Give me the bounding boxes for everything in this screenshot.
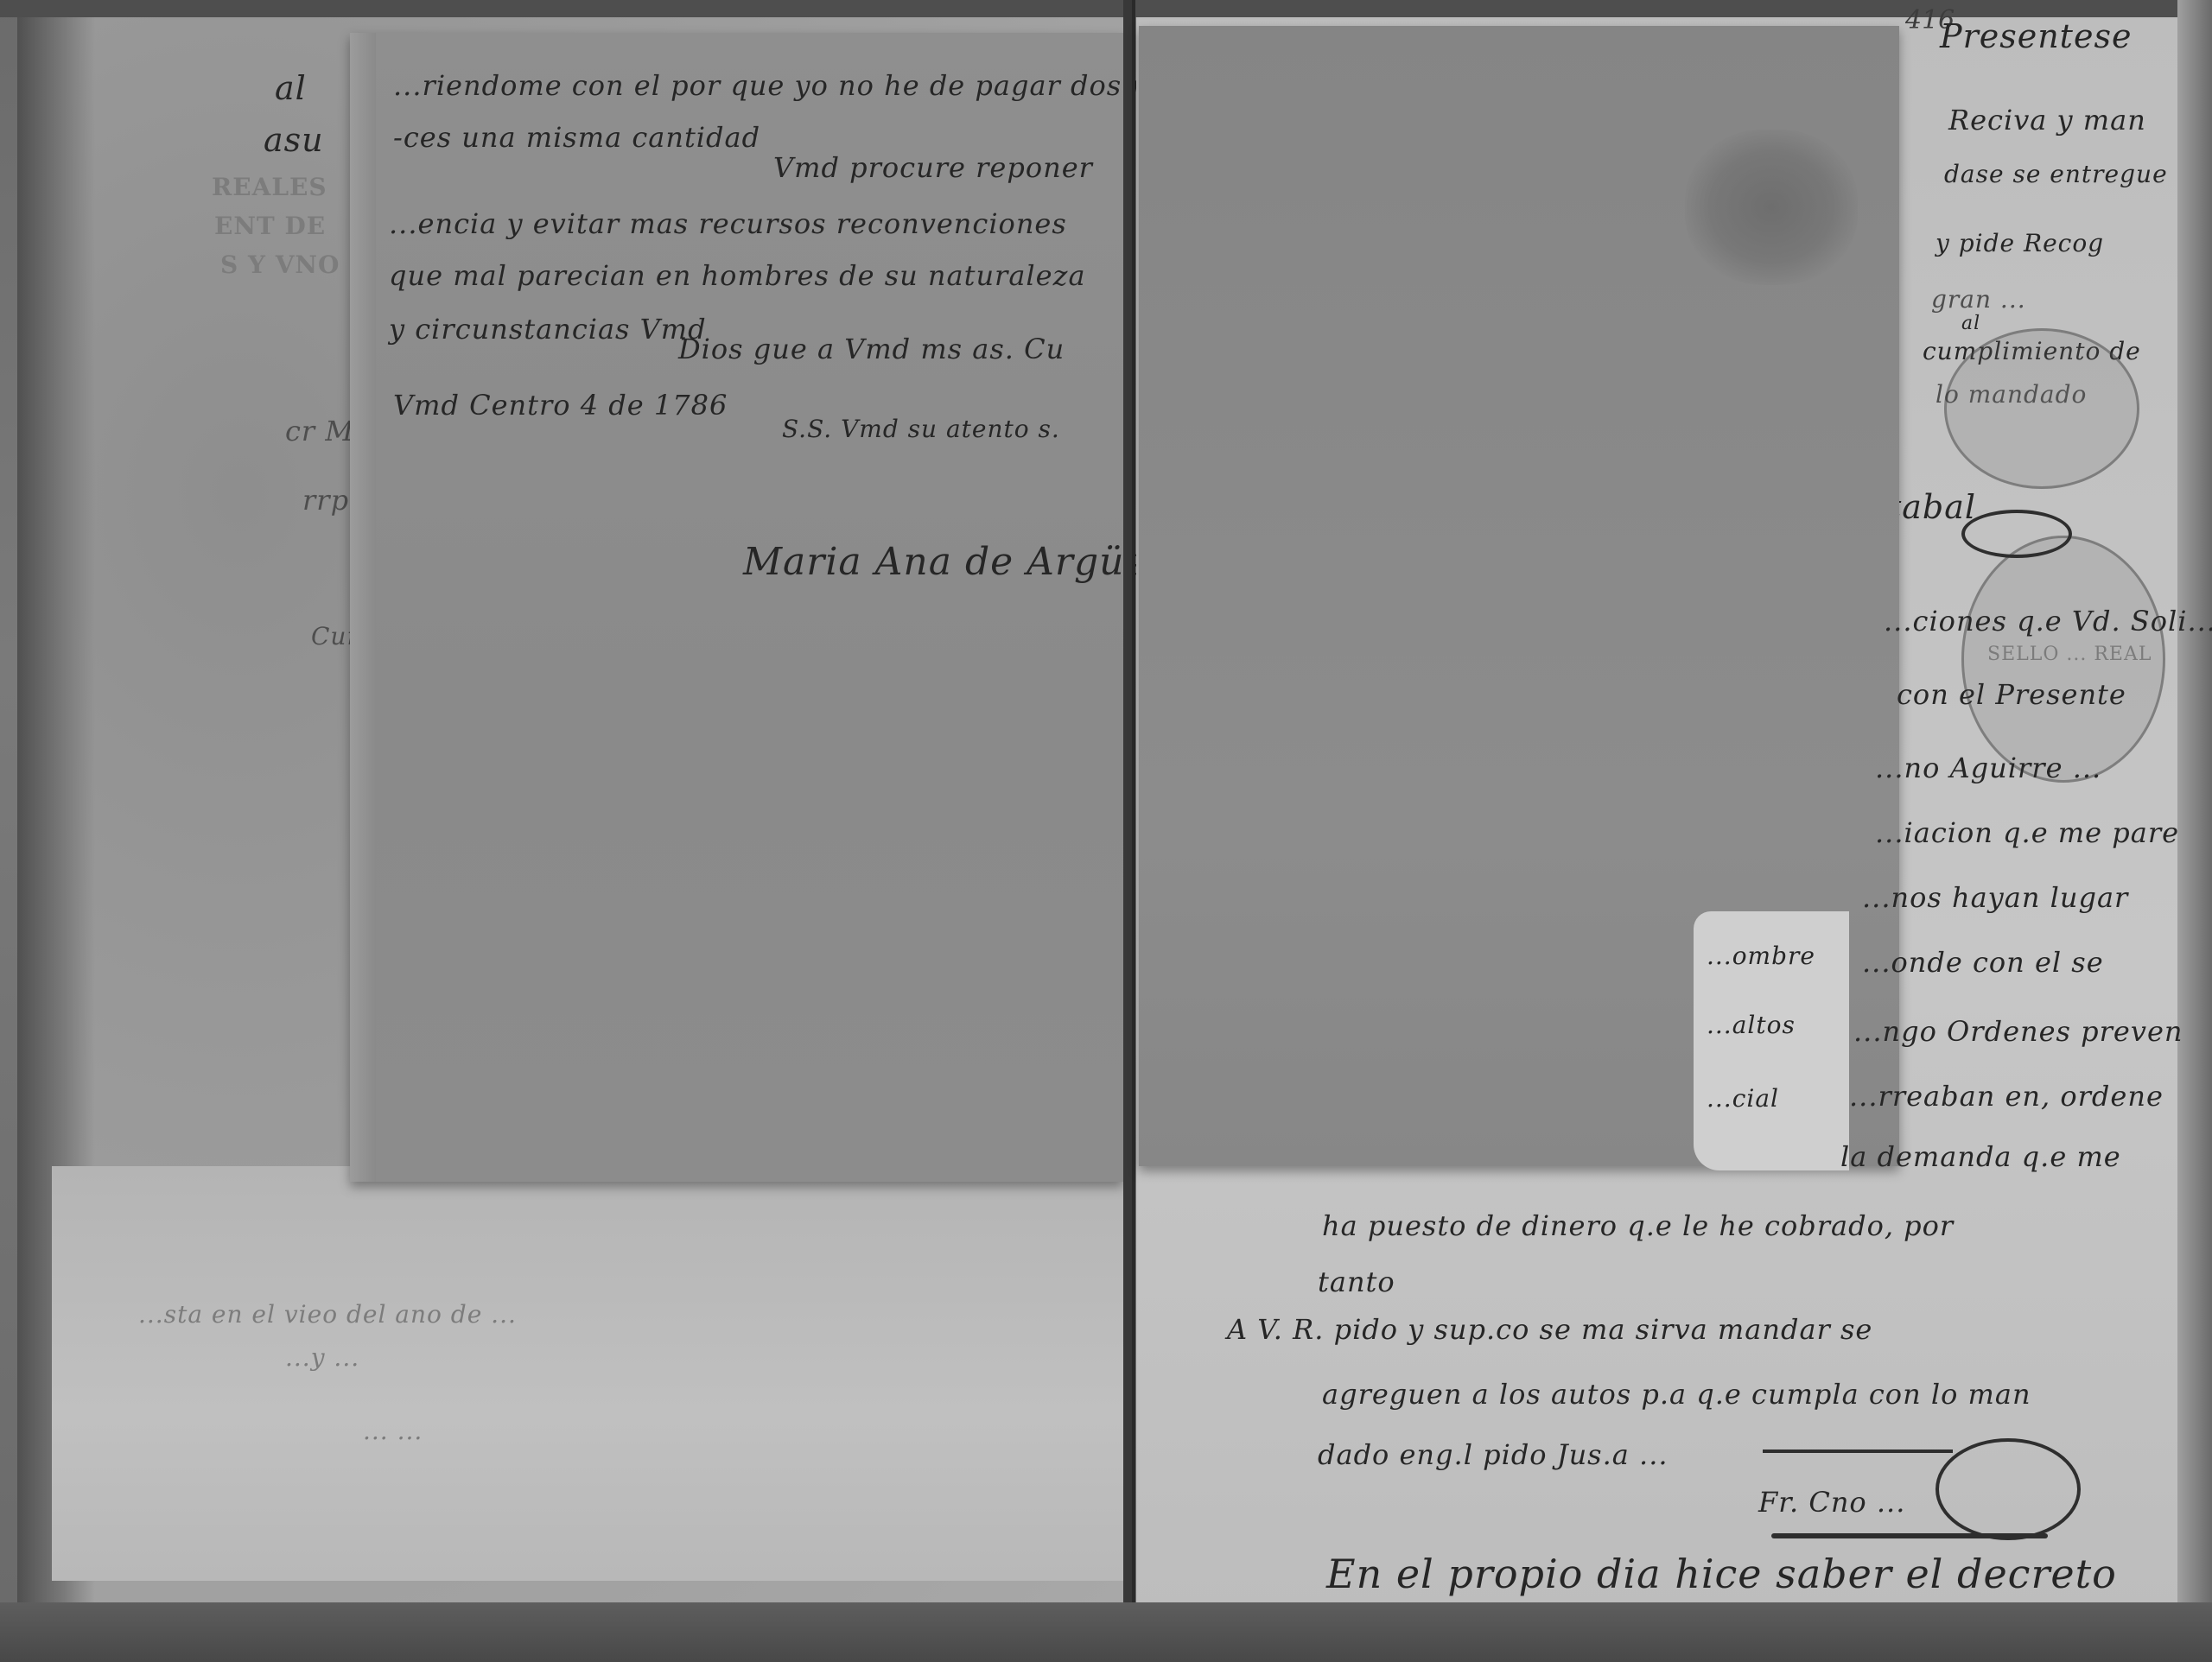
left-page-exposed-lower xyxy=(52,1166,1123,1581)
signature-underline xyxy=(1771,1533,2048,1538)
body-line: ...ngo Ordenes preven xyxy=(1853,1015,2183,1048)
petition-line: agreguen a los autos p.a q.e cumpla con … xyxy=(1322,1378,2031,1411)
gutter-line xyxy=(1132,0,1135,1624)
body-line: ...nos hayan lugar xyxy=(1862,881,2128,914)
faded-line: ...y ... xyxy=(285,1343,359,1372)
decree-line: y pide Recog xyxy=(1935,229,2104,257)
letter-closing: S.S. Vmd su atento s. xyxy=(782,415,1060,443)
faded-line: ... ... xyxy=(363,1417,423,1445)
petition-line: dado eng.l pido Jus.a ... xyxy=(1318,1438,1669,1471)
letter-line: que mal parecian en hombres de su natura… xyxy=(389,259,1086,292)
letter-line: -ces una misma cantidad xyxy=(393,121,760,154)
decree-line: Reciva y man xyxy=(1948,104,2146,136)
patch-word: ...ombre xyxy=(1707,942,1815,970)
petition-line: A V. R. pido y sup.co se ma sirva mandar… xyxy=(1227,1313,1872,1346)
signer-signature: Fr. Cno ... xyxy=(1758,1486,1905,1519)
top-edge-shadow xyxy=(0,0,2212,17)
seal-text: SELLO ... REAL xyxy=(1987,644,2152,665)
letter-line: Vmd procure reponer xyxy=(773,151,1093,184)
seal-stamp xyxy=(1944,328,2139,489)
letter-fold-edge xyxy=(350,33,376,1182)
signature-flourish-line xyxy=(1763,1449,1953,1453)
notification-line: En el propio dia hice saber el decreto xyxy=(1326,1551,2117,1597)
printed-stamp-line: REALES xyxy=(212,173,327,201)
decree-line: gran ... xyxy=(1931,285,2026,314)
body-line: con el Presente xyxy=(1897,678,2126,711)
stain-mark xyxy=(1685,130,1858,285)
microfilm-scan: al asu REALES ENT DE S Y VNO cr Marque r… xyxy=(0,0,2212,1662)
patch-word: ...altos xyxy=(1707,1011,1796,1039)
rubric-flourish xyxy=(1961,510,2072,558)
patch-word: ...cial xyxy=(1707,1084,1779,1113)
letter-line: ...riendome con el por que yo no he de p… xyxy=(393,69,1165,102)
decree-line: Presentese xyxy=(1940,17,2132,55)
body-line: tanto xyxy=(1318,1266,1395,1298)
body-line: ...ciones q.e Vd. Soli... xyxy=(1884,605,2212,638)
letter-line: ...encia y evitar mas recursos reconvenc… xyxy=(389,207,1067,240)
body-line: ...no Aguirre ... xyxy=(1875,752,2101,784)
folded-letter-overlay xyxy=(350,33,1123,1182)
letter-date-line: Vmd Centro 4 de 1786 xyxy=(393,389,728,422)
scribe-fragment: tabal xyxy=(1888,488,1976,526)
right-edge-shadow xyxy=(2177,0,2212,1662)
body-line: la demanda q.e me xyxy=(1840,1140,2121,1173)
faded-line: ...sta en el vieo del ano de ... xyxy=(138,1300,517,1329)
letter-line: y circunstancias Vmd xyxy=(389,313,707,346)
body-line: ...rreaban en, ordene xyxy=(1849,1080,2164,1113)
margin-fragment: al xyxy=(275,69,307,107)
signature-rubric-loop xyxy=(1935,1438,2081,1540)
bottom-edge-shadow xyxy=(0,1602,2212,1662)
body-line: ...iacion q.e me pare xyxy=(1875,816,2179,849)
margin-fragment: asu xyxy=(264,121,324,159)
body-line: ...onde con el se xyxy=(1862,946,2104,979)
decree-line: al xyxy=(1961,313,1980,334)
printed-stamp-line: ENT DE xyxy=(214,212,326,240)
body-line: ha puesto de dinero q.e le he cobrado, p… xyxy=(1322,1209,1954,1242)
printed-stamp-line: S Y VNO xyxy=(220,251,340,279)
letter-line: Dios gue a Vmd ms as. Cu xyxy=(678,333,1065,365)
decree-line: dase se entregue xyxy=(1944,160,2168,188)
